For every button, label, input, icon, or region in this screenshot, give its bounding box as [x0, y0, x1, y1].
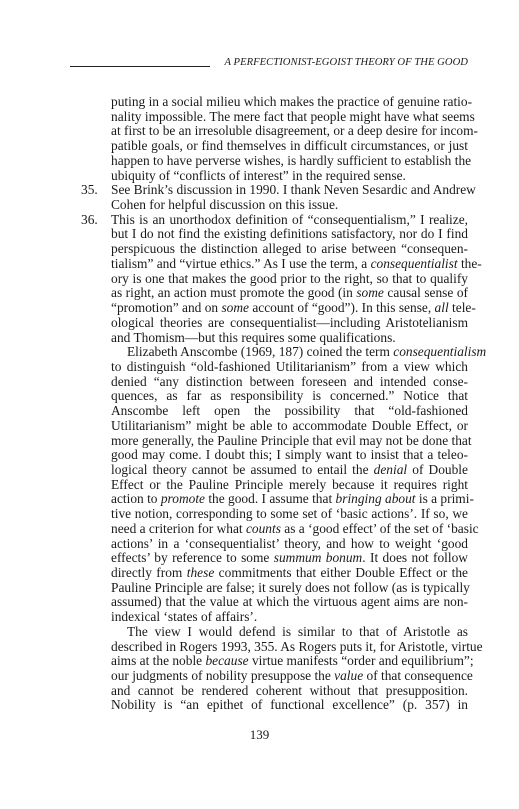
text-line: This is an unorthodox definition of “con…	[111, 213, 468, 228]
running-header: A PERFECTIONIST-EGOIST THEORY OF THE GOO…	[70, 54, 468, 70]
text-line: assumed) that the value at which the vir…	[111, 595, 468, 610]
text-line: perspicuous the distinction alleged to a…	[111, 242, 468, 257]
text-line: nality impossible. The mere fact that pe…	[111, 110, 468, 125]
text-line: Nobility is “an epithet of functional ex…	[111, 698, 468, 713]
page-number: 139	[0, 727, 519, 743]
text-line: action to promote the good. I assume tha…	[111, 492, 468, 507]
note-paragraph: The view I would defend is similar to th…	[111, 625, 468, 713]
text-line: tialism” and “virtue ethics.” As I use t…	[111, 257, 468, 272]
emphasis: these	[187, 565, 215, 580]
text-line: The view I would defend is similar to th…	[111, 625, 468, 640]
emphasis: value	[334, 668, 363, 683]
emphasis: consequentialism	[393, 344, 486, 359]
text-line: need a criterion for what counts as a ‘g…	[111, 522, 468, 537]
emphasis: because	[205, 653, 248, 668]
text-line: indexical ‘states of affairs’.	[111, 610, 468, 625]
text-line: good may come. I doubt this; I simply wa…	[111, 448, 468, 463]
text-line: logical theory cannot be assumed to enta…	[111, 463, 468, 478]
text-line: happen to have perverse wishes, is hardl…	[111, 154, 468, 169]
text-line: puting in a social milieu which makes th…	[111, 95, 468, 110]
note-36: 36. This is an unorthodox definition of …	[111, 213, 468, 713]
note-paragraph: Elizabeth Anscombe (1969, 187) coined th…	[111, 345, 468, 625]
note-text: See Brink’s discussion in 1990. I thank …	[111, 183, 468, 212]
text-line: Elizabeth Anscombe (1969, 187) coined th…	[111, 345, 468, 360]
text-line: quences, as far as responsibility is con…	[111, 389, 468, 404]
text-line: and cannot be rendered coherent without …	[111, 684, 468, 699]
text-line: See Brink’s discussion in 1990. I thank …	[111, 183, 468, 198]
note-text: This is an unorthodox definition of “con…	[111, 213, 468, 713]
text-line: Pauline Principle are false; it surely d…	[111, 581, 468, 596]
text-line: effects’ by reference to some summum bon…	[111, 551, 468, 566]
text-line: actions’ in a ‘consequentialist’ theory,…	[111, 537, 468, 552]
note-35: 35. See Brink’s discussion in 1990. I th…	[111, 183, 468, 212]
text-line: directly from these commitments that eit…	[111, 566, 468, 581]
text-line: ological theories are consequentialist—i…	[111, 316, 468, 331]
emphasis: counts	[246, 521, 281, 536]
text-line: ory is one that makes the good prior to …	[111, 272, 468, 287]
text-line: as right, an action must promote the goo…	[111, 286, 468, 301]
emphasis: promote	[161, 491, 205, 506]
text-line: denied “any distinction between foreseen…	[111, 375, 468, 390]
text-line: patible goals, or find themselves in dif…	[111, 139, 468, 154]
emphasis: consequentialist	[371, 256, 458, 271]
text-line: tive notion, corresponding to some set o…	[111, 507, 468, 522]
text-line: aims at the noble because virtue manifes…	[111, 654, 468, 669]
text-line: to distinguish “old-fashioned Utilitaria…	[111, 360, 468, 375]
note-number: 36.	[81, 213, 98, 228]
emphasis: denial	[374, 462, 407, 477]
header-rule	[70, 66, 210, 67]
text-line: Cohen for helpful discussion on this iss…	[111, 198, 468, 213]
note-continuation: puting in a social milieu which makes th…	[111, 95, 468, 183]
emphasis: all	[435, 300, 449, 315]
text-line: more generally, the Pauline Principle th…	[111, 434, 468, 449]
running-title: A PERFECTIONIST-EGOIST THEORY OF THE GOO…	[212, 56, 468, 70]
text-line: “promotion” and on some account of “good…	[111, 301, 468, 316]
text-line: Utilitarianism” might be able to accommo…	[111, 419, 468, 434]
text-line: Effect or the Pauline Principle merely b…	[111, 478, 468, 493]
note-number: 35.	[81, 183, 98, 198]
emphasis: summum bonum	[274, 550, 362, 565]
text-line: Anscombe left open the possibility that …	[111, 404, 468, 419]
note-paragraph: This is an unorthodox definition of “con…	[111, 213, 468, 345]
text-line: at first to be an irresoluble disagreeme…	[111, 124, 468, 139]
emphasis: bringing about	[336, 491, 416, 506]
emphasis: some	[221, 300, 249, 315]
notes-body: puting in a social milieu which makes th…	[111, 95, 468, 713]
text-line: described in Rogers 1993, 355. As Rogers…	[111, 640, 468, 655]
text-line: but I do not find the existing definitio…	[111, 227, 468, 242]
text-line: our judgments of nobility presuppose the…	[111, 669, 468, 684]
text-line: ubiquity of “conflicts of interest” in t…	[111, 169, 468, 184]
emphasis: some	[356, 285, 384, 300]
text-line: and Thomism—but this requires some quali…	[111, 331, 468, 346]
